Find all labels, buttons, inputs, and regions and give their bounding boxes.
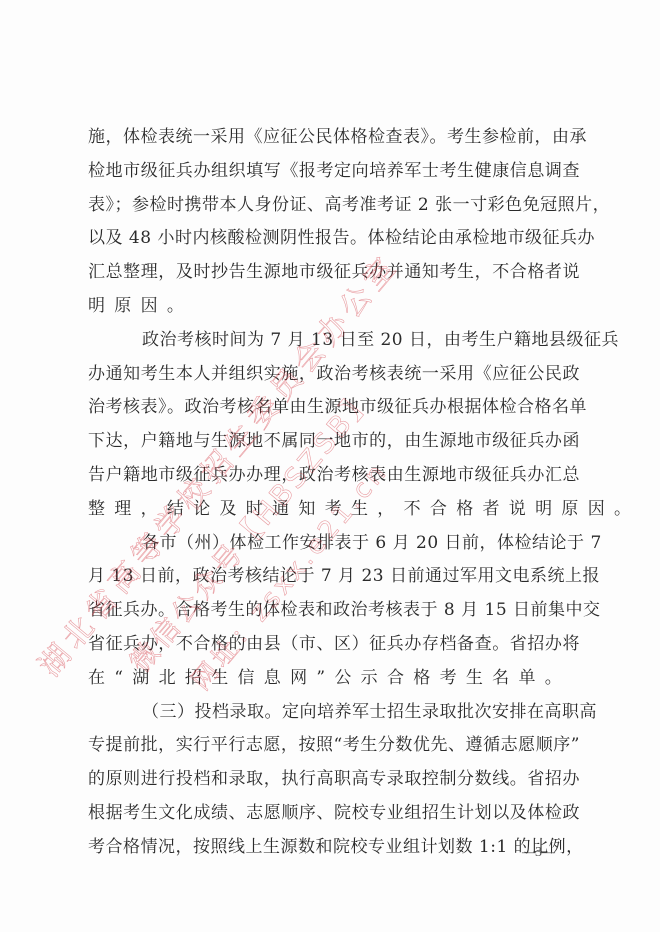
text-line: 办通知考生本人并组织实施，政治考核表统一采用《应征公民政 <box>88 358 580 392</box>
text-line: 汇总整理，及时抄告生源地市级征兵办并通知考生，不合格者说 <box>88 256 580 290</box>
text-line: 整理，结论及时通知考生，不合格者说明原因。 <box>88 493 580 527</box>
text-line: 考合格情况，按照线上生源数和院校专业组计划数 1:1 的比例， <box>88 831 580 865</box>
text-line: 施，体检表统一采用《应征公民体格检查表》。考生参检前，由承 <box>88 121 580 155</box>
page-number: —3— <box>522 845 554 861</box>
text-line: 表》；参检时携带本人身份证、高考准考证 2 张一寸彩色免冠照片， <box>88 189 580 223</box>
document-body: 施，体检表统一采用《应征公民体格检查表》。考生参检前，由承 检地市级征兵办组织填… <box>88 121 580 865</box>
text-line: 根据考生文化成绩、志愿顺序、院校专业组招生计划以及体检政 <box>88 797 580 831</box>
text-line: 治考核表》。政治考核名单由生源地市级征兵办根据体检合格名单 <box>88 391 580 425</box>
section-heading-line: （三）投档录取。定向培养军士招生录取批次安排在高职高 <box>88 696 580 730</box>
text-line: 检地市级征兵办组织填写《报考定向培养军士考生健康信息调查 <box>88 155 580 189</box>
text-line: 在“湖北招生信息网”公示合格考生名单。 <box>88 662 580 696</box>
text-line: 省征兵办，不合格的由县（市、区）征兵办存档备查。省招办将 <box>88 628 580 662</box>
text-line: 省征兵办。合格考生的体检表和政治考核表于 8 月 15 日前集中交 <box>88 594 580 628</box>
text-line: 下达，户籍地与生源地不属同一地市的，由生源地市级征兵办函 <box>88 425 580 459</box>
paragraph-start-line: 政治考核时间为 7 月 13 日至 20 日，由考生户籍地县级征兵 <box>88 324 580 358</box>
text-line: 明原因。 <box>88 290 580 324</box>
document-page: 施，体检表统一采用《应征公民体格检查表》。考生参检前，由承 检地市级征兵办组织填… <box>0 0 660 932</box>
text-line: 以及 48 小时内核酸检测阴性报告。体检结论由承检地市级征兵办 <box>88 222 580 256</box>
text-line: 的原则进行投档和录取，执行高职高专录取控制分数线。省招办 <box>88 763 580 797</box>
paragraph-start-line: 各市（州）体检工作安排表于 6 月 20 日前，体检结论于 7 <box>88 527 580 561</box>
text-line: 月 13 日前，政治考核结论于 7 月 23 日前通过军用文电系统上报 <box>88 560 580 594</box>
text-line: 专提前批，实行平行志愿，按照“考生分数优先、遵循志愿顺序” <box>88 729 580 763</box>
text-line: 告户籍地市级征兵办办理，政治考核表由生源地市级征兵办汇总 <box>88 459 580 493</box>
